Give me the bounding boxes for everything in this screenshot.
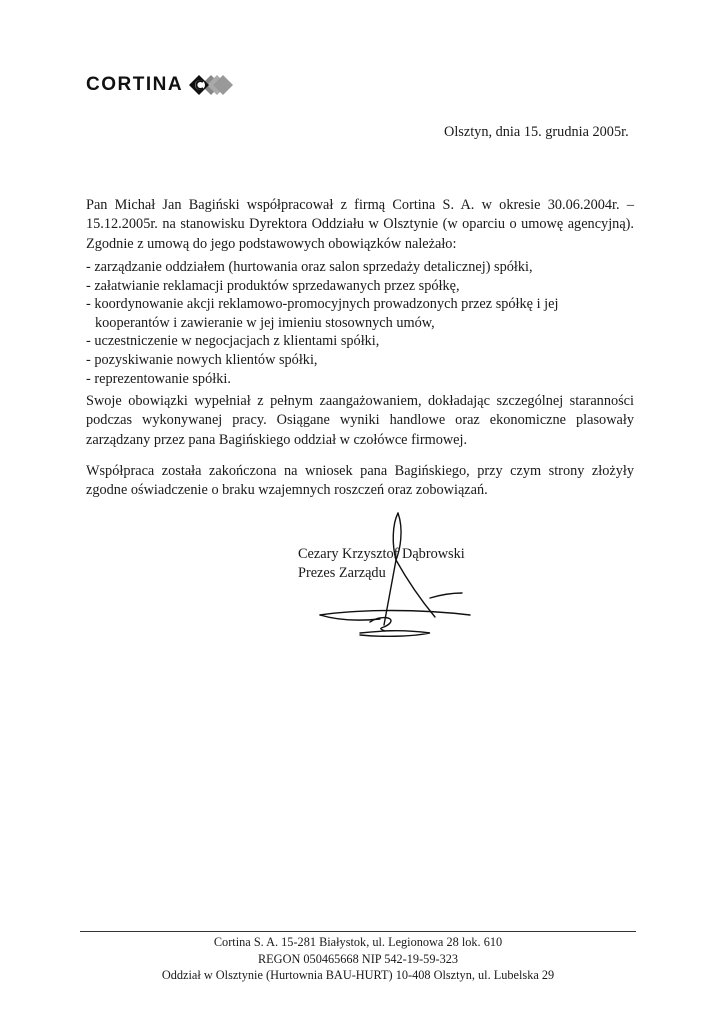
footer-address: Cortina S. A. 15-281 Białystok, ul. Legi… bbox=[80, 934, 636, 951]
list-item: - załatwianie reklamacji produktów sprze… bbox=[86, 277, 558, 296]
intro-line: Zgodnie z umową do jego podstawowych obo… bbox=[86, 235, 634, 254]
performance-line: zarządzany przez pana Bagińskiego oddzia… bbox=[86, 431, 634, 450]
performance-paragraph: Swoje obowiązki wypełniał z pełnym zaang… bbox=[86, 392, 634, 450]
list-item: - zarządzanie oddziałem (hurtowania oraz… bbox=[86, 258, 558, 277]
closing-line: zgodne oświadczenie o braku wzajemnych r… bbox=[86, 481, 634, 500]
footer-divider bbox=[80, 931, 636, 932]
cortina-diamond-icon bbox=[187, 74, 235, 96]
intro-line: 15.12.2005r. na stanowisku Dyrektora Odd… bbox=[86, 215, 634, 234]
footer: Cortina S. A. 15-281 Białystok, ul. Legi… bbox=[80, 934, 636, 984]
closing-line: Współpraca została zakończona na wniosek… bbox=[86, 462, 634, 481]
list-item: - pozyskiwanie nowych klientów spółki, bbox=[86, 351, 558, 370]
footer-registration: REGON 050465668 NIP 542-19-59-323 bbox=[80, 951, 636, 968]
intro-line: Pan Michał Jan Bagiński współpracował z … bbox=[86, 196, 634, 215]
performance-line: podczas wykonywanej pracy. Osiągane wyni… bbox=[86, 411, 634, 430]
company-logo: CORTINA bbox=[86, 72, 235, 98]
closing-paragraph: Współpraca została zakończona na wniosek… bbox=[86, 462, 634, 501]
company-logo-text: CORTINA bbox=[86, 74, 183, 96]
list-item: - koordynowanie akcji reklamowo-promocyj… bbox=[86, 295, 558, 314]
list-item: - uczestniczenie w negocjacjach z klient… bbox=[86, 332, 558, 351]
list-item: - reprezentowanie spółki. bbox=[86, 370, 558, 389]
letter-date: Olsztyn, dnia 15. grudnia 2005r. bbox=[444, 124, 629, 141]
intro-paragraph: Pan Michał Jan Bagiński współpracował z … bbox=[86, 196, 634, 254]
performance-line: Swoje obowiązki wypełniał z pełnym zaang… bbox=[86, 392, 634, 411]
handwritten-signature-icon bbox=[300, 505, 500, 640]
list-item: kooperantów i zawieranie w jej imieniu s… bbox=[86, 314, 558, 333]
footer-branch-address: Oddział w Olsztynie (Hurtownia BAU-HURT)… bbox=[80, 967, 636, 984]
duties-list: - zarządzanie oddziałem (hurtowania oraz… bbox=[86, 258, 558, 388]
